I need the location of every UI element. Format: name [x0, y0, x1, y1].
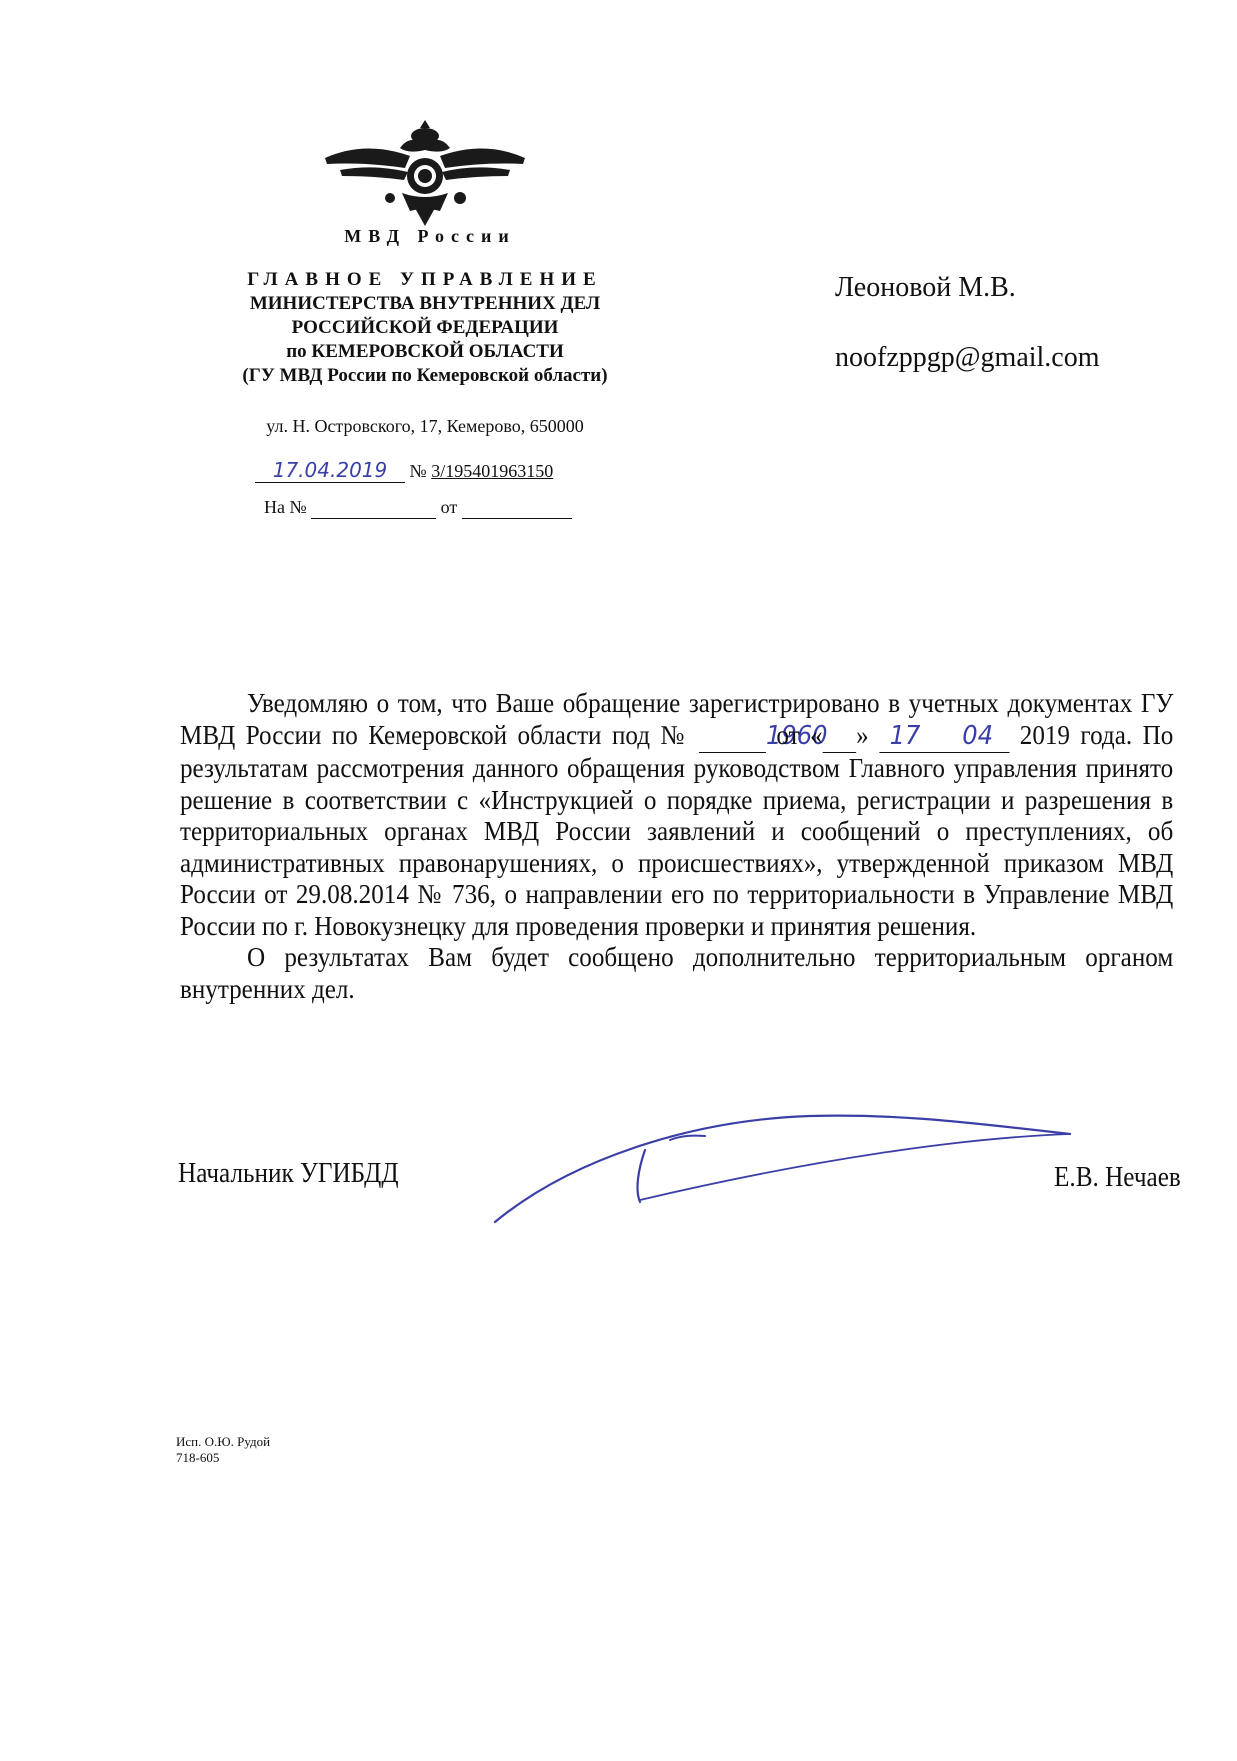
letterhead-line: ГЛАВНОЕ УПРАВЛЕНИЕ: [210, 268, 640, 292]
letterhead-line: по КЕМЕРОВСКОЙ ОБЛАСТИ: [210, 340, 640, 364]
signatory-name: Е.В. Нечаев: [1054, 1162, 1181, 1194]
registration-number: 1960: [699, 721, 766, 754]
executor-info: Исп. О.Ю. Рудой 718-605: [176, 1434, 270, 1466]
registration-month: 04: [879, 721, 1009, 754]
letterhead-address: ул. Н. Островского, 17, Кемерово, 650000: [210, 416, 640, 437]
outgoing-date: 17.04.2019: [255, 458, 405, 483]
recipient-name: Леоновой М.В.: [835, 272, 1016, 304]
reply-number-label: На №: [264, 497, 307, 517]
number-sign: №: [410, 461, 427, 481]
outgoing-date-number: 17.04.2019 № 3/195401963150: [255, 458, 553, 483]
outgoing-number: 3/195401963150: [431, 461, 553, 481]
registration-day: 17: [823, 721, 856, 754]
recipient-email: noofzppgp@gmail.com: [835, 342, 1100, 374]
letterhead-line: (ГУ МВД России по Кемеровской области): [210, 364, 640, 388]
mvd-emblem-icon: [320, 118, 530, 228]
letterhead-block: ГЛАВНОЕ УПРАВЛЕНИЕ МИНИСТЕРСТВА ВНУТРЕНН…: [210, 268, 640, 388]
reply-from-label: от: [441, 497, 458, 517]
executor-name: Исп. О.Ю. Рудой: [176, 1434, 270, 1450]
agency-short-name: МВД России: [0, 226, 860, 247]
reply-reference: На № от: [264, 497, 572, 519]
signatory-title: Начальник УГИБДД: [178, 1158, 399, 1190]
body-paragraph: О результатах Вам будет сообщено дополни…: [180, 942, 1173, 1005]
executor-phone: 718-605: [176, 1450, 270, 1466]
body-paragraph: Уведомляю о том, что Ваше обращение заре…: [180, 688, 1173, 942]
letterhead-line: РОССИЙСКОЙ ФЕДЕРАЦИИ: [210, 316, 640, 340]
letterhead-line: МИНИСТЕРСТВА ВНУТРЕННИХ ДЕЛ: [210, 292, 640, 316]
letter-body: Уведомляю о том, что Ваше обращение заре…: [180, 688, 1173, 1005]
handwritten-signature-icon: [490, 1110, 1080, 1230]
